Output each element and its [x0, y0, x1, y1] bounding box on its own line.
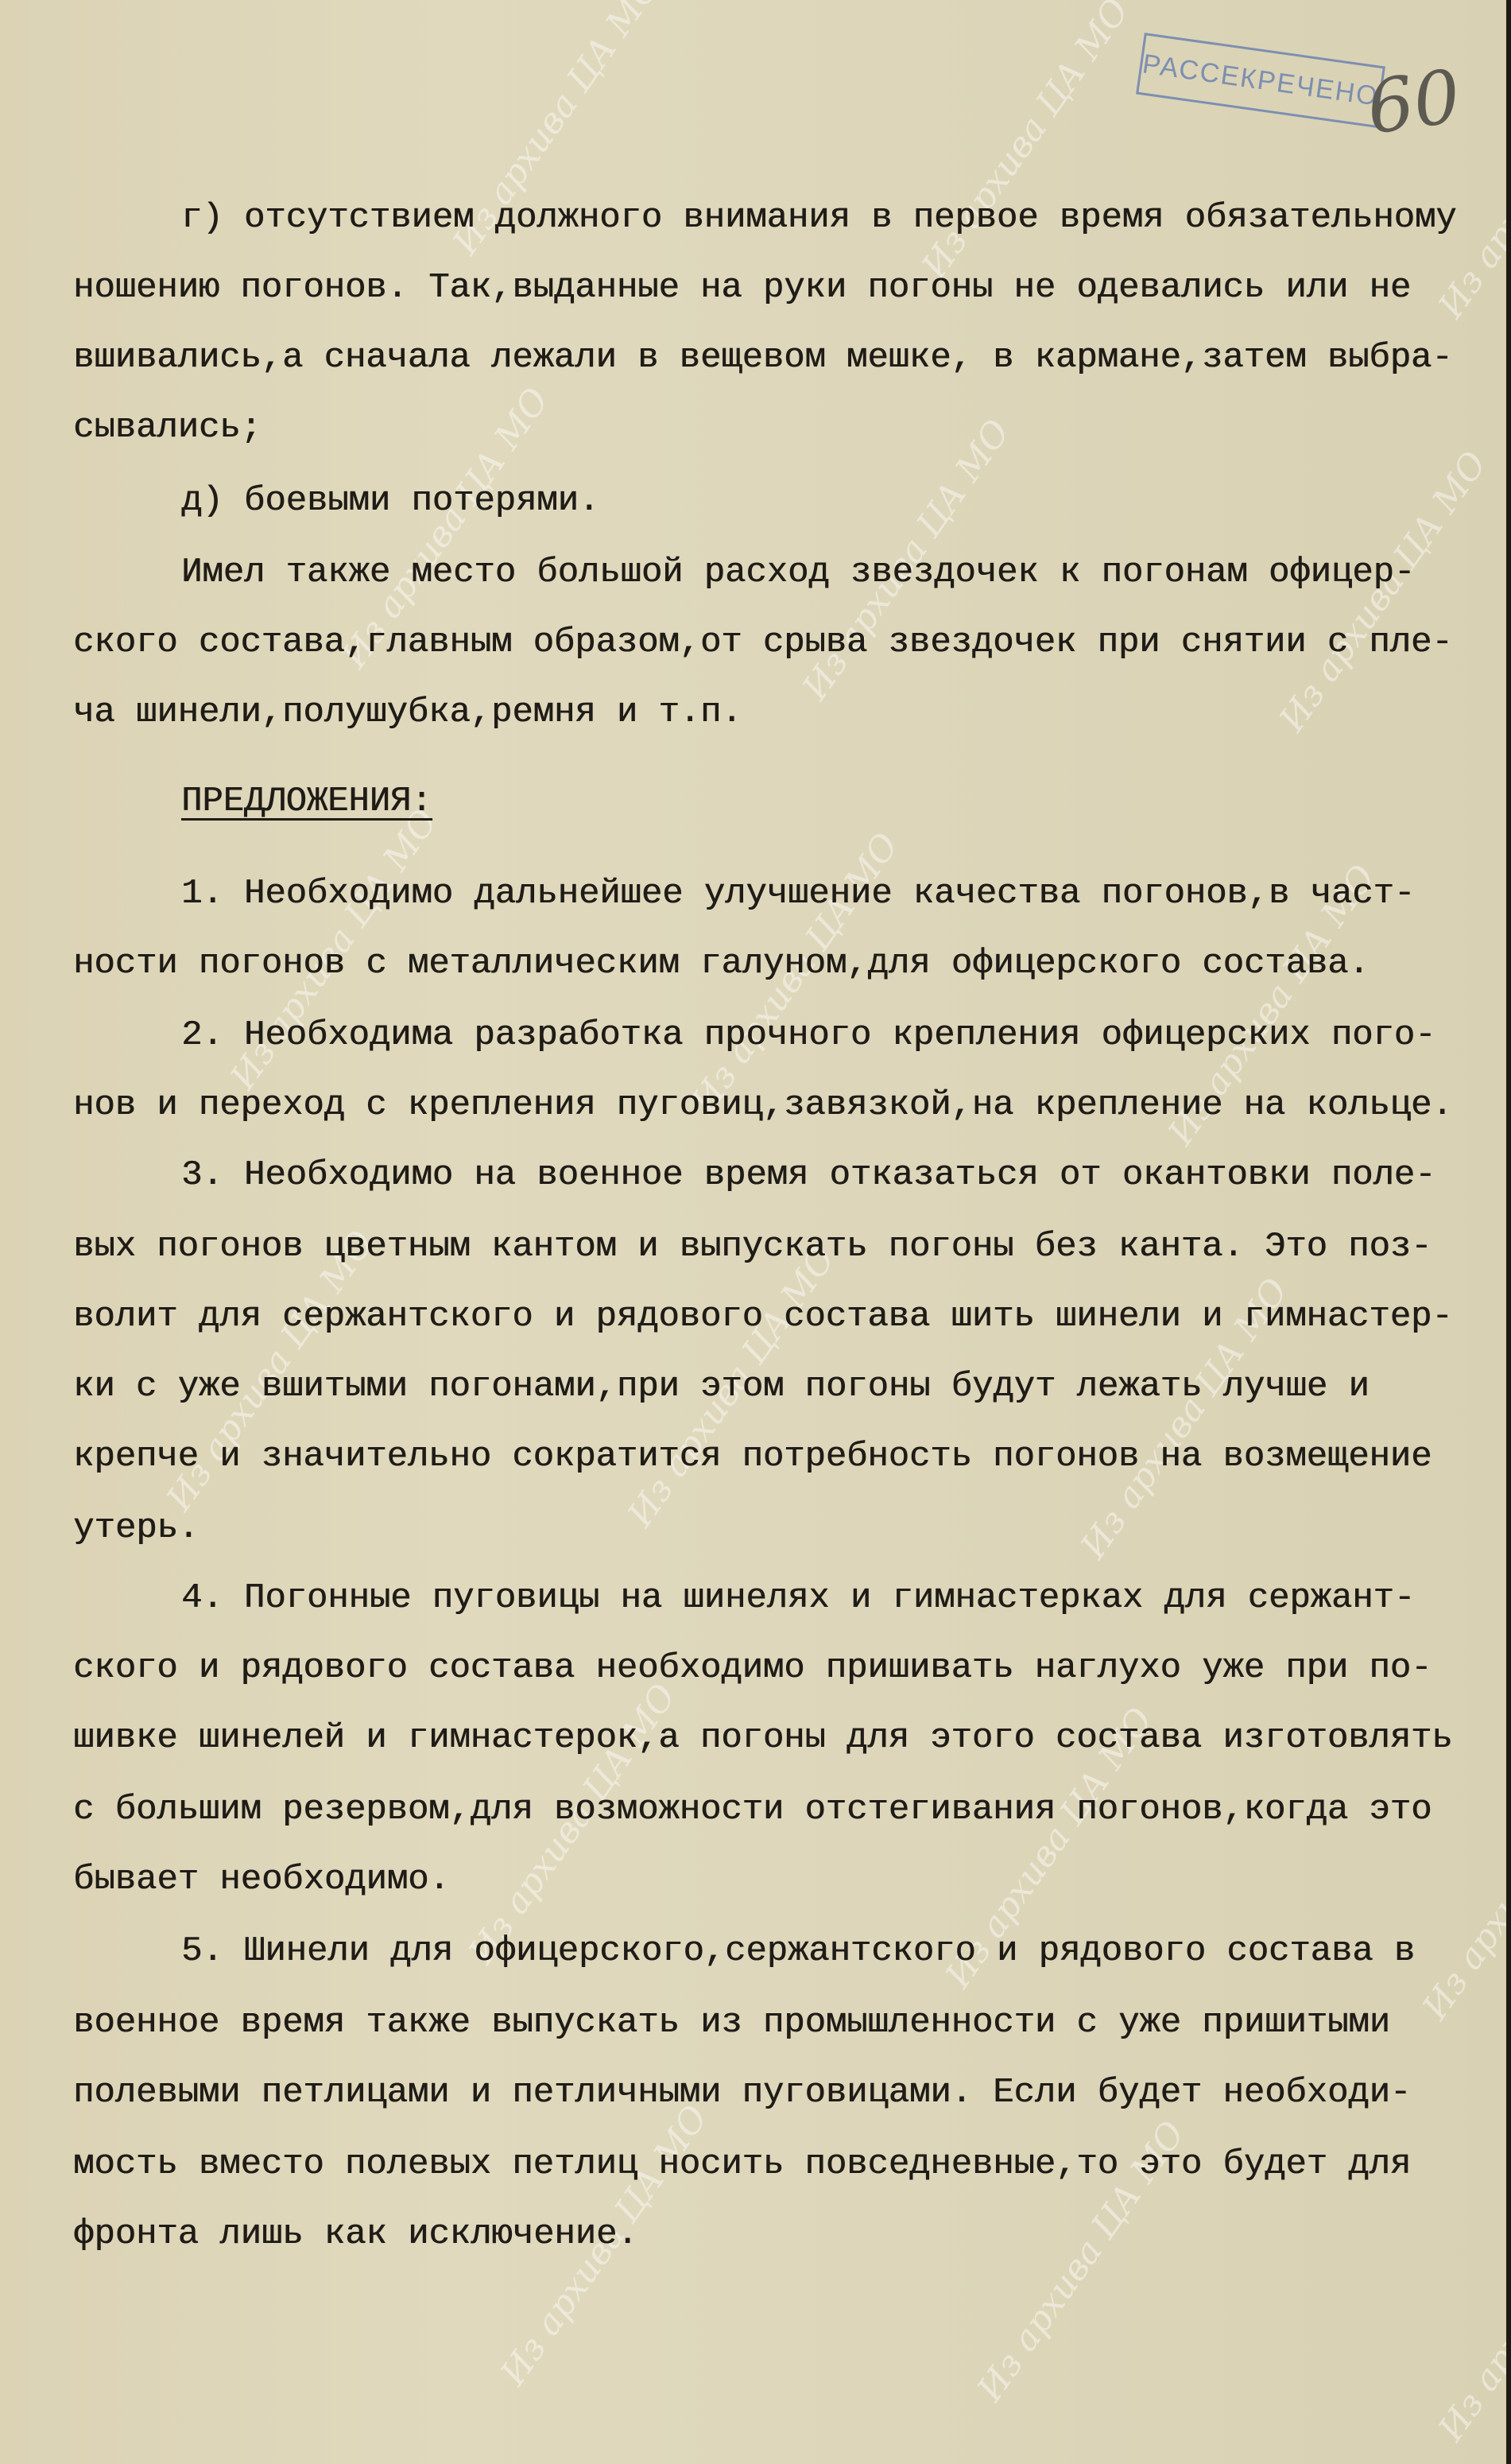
text-line: с большим резервом,для возможности отсте…: [73, 1789, 1432, 1830]
text-line: волит для сержантского и рядового состав…: [73, 1296, 1452, 1337]
text-line: д) боевыми потерями.: [181, 480, 599, 522]
archive-watermark: Из архива ЦА МО: [1431, 2154, 1511, 2448]
text-line: ского состава,главным образом,от срыва з…: [73, 622, 1452, 663]
text-line: ки с уже вшитыми погонами,при этом погон…: [73, 1366, 1370, 1407]
text-line: ности погонов с металлическим галуном,дл…: [73, 943, 1370, 984]
document-page: Из архива ЦА МОИз архива ЦА МОИз архива …: [0, 0, 1506, 2464]
declassified-stamp: РАССЕКРЕЧЕНО: [1136, 33, 1385, 128]
text-line: нов и переход с крепления пуговиц,завязк…: [73, 1085, 1452, 1126]
text-line: вшивались,а сначала лежали в вещевом меш…: [73, 337, 1452, 378]
text-line: 4. Погонные пуговицы на шинелях и гимнас…: [181, 1577, 1415, 1619]
archive-watermark: Из архива ЦА МО: [914, 0, 1137, 285]
text-line: военное время также выпускать из промышл…: [73, 2002, 1390, 2043]
text-line: вых погонов цветным кантом и выпускать п…: [73, 1226, 1432, 1267]
text-line: Имел также место большой расход звездоче…: [181, 552, 1415, 593]
text-line: крепче и значительно сократится потребно…: [73, 1436, 1432, 1477]
text-line: 5. Шинели для офицерского,сержантского и…: [181, 1930, 1415, 1972]
text-line: ского и рядового состава необходимо приш…: [73, 1647, 1432, 1689]
text-line: утерь.: [73, 1508, 199, 1549]
text-line: мость вместо полевых петлиц носить повсе…: [73, 2144, 1411, 2185]
text-line: 3. Необходимо на военное время отказатьс…: [181, 1154, 1435, 1196]
archive-watermark: Из архива ЦА МО: [1415, 1733, 1511, 2027]
scan-edge: [1506, 0, 1511, 2464]
text-line: бывает необходимо.: [73, 1859, 450, 1900]
text-line: г) отсутствием должного внимания в перво…: [181, 197, 1456, 239]
text-line: 1. Необходимо дальнейшее улучшение качес…: [181, 873, 1415, 914]
text-line: полевыми петлицами и петличными пуговица…: [73, 2072, 1411, 2113]
text-line: 2. Необходима разработка прочного крепле…: [181, 1015, 1435, 1056]
text-line: ча шинели,полушубка,ремня и т.п.: [73, 692, 742, 733]
section-heading: ПРЕДЛОЖЕНИЯ:: [181, 781, 432, 822]
text-line: шивке шинелей и гимнастерок,а погоны для…: [73, 1717, 1452, 1759]
text-line: сывались;: [73, 407, 262, 448]
page-number: 60: [1362, 53, 1466, 150]
text-line: ношению погонов. Так,выданные на руки по…: [73, 267, 1411, 308]
text-line: фронта лишь как исключение.: [73, 2214, 638, 2255]
